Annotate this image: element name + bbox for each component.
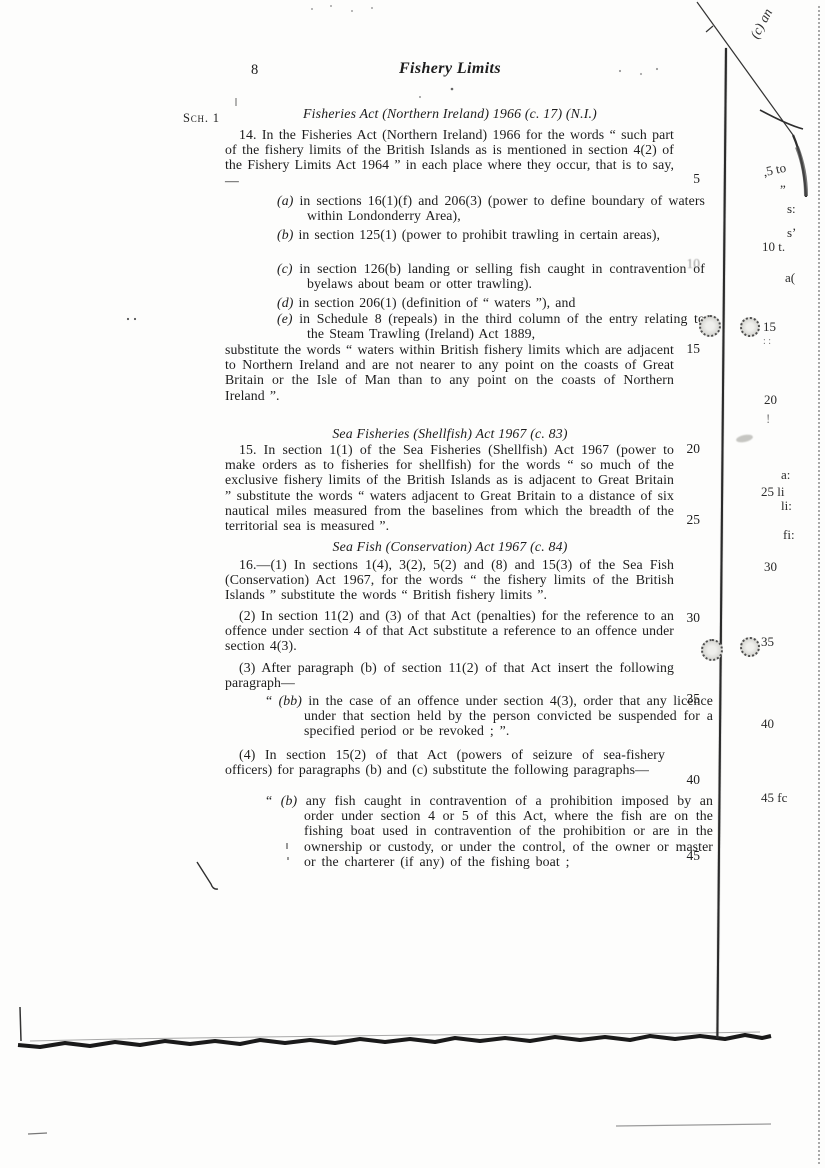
list-text: any fish caught in contravention of a pr… bbox=[304, 793, 713, 869]
section-heading-sea-fish-conservation: Sea Fish (Conservation) Act 1967 (c. 84) bbox=[225, 539, 675, 555]
list-item-e: (e) in Schedule 8 (repeals) in the third… bbox=[277, 311, 705, 341]
line-number-30: 30 bbox=[672, 610, 700, 626]
section-heading-sea-fisheries-shellfish: Sea Fisheries (Shellfish) Act 1967 (c. 8… bbox=[225, 426, 675, 442]
list-marker: (b) bbox=[281, 793, 297, 808]
paragraph-16-2: (2) In section 11(2) and (3) of that Act… bbox=[225, 608, 674, 654]
quoted-paragraph-bb: “ (bb) in the case of an offence under s… bbox=[266, 693, 713, 739]
list-text: in section 206(1) (definition of “ water… bbox=[298, 295, 575, 310]
paragraph-14-closing: substitute the words “ waters within Bri… bbox=[225, 342, 674, 403]
list-text: in sections 16(1)(f) and 206(3) (power t… bbox=[299, 193, 705, 223]
next-page-fragment: s: bbox=[787, 201, 796, 217]
next-page-rotated-note: (c) an bbox=[747, 6, 776, 42]
list-marker: (c) bbox=[277, 261, 293, 276]
ink-smudge bbox=[735, 433, 753, 443]
running-title: Fishery Limits bbox=[399, 60, 501, 77]
scanned-document-page: 8 Fishery Limits Sch. 1 Fisheries Act (N… bbox=[0, 0, 825, 1168]
line-number-45: 45 bbox=[672, 848, 700, 864]
paragraph-16-1: 16.—(1) In sections 1(4), 3(2), 5(2) and… bbox=[225, 557, 674, 603]
list-item-b: (b) in section 125(1) (power to prohibit… bbox=[277, 227, 705, 242]
next-page-line-number: 45 fc bbox=[761, 790, 787, 806]
page-edge-rule bbox=[716, 48, 727, 1038]
line-number-15: 15 bbox=[672, 341, 700, 357]
page-number: 8 bbox=[251, 62, 259, 79]
paragraph-15: 15. In section 1(1) of the Sea Fisheries… bbox=[225, 442, 674, 533]
list-item-a: (a) in sections 16(1)(f) and 206(3) (pow… bbox=[277, 193, 705, 223]
list-text: in Schedule 8 (repeals) in the third col… bbox=[299, 311, 705, 341]
list-text: in section 125(1) (power to prohibit tra… bbox=[298, 227, 660, 242]
next-page-fragment: s’ bbox=[787, 225, 796, 241]
line-number-5: 5 bbox=[672, 171, 700, 187]
list-marker: (e) bbox=[277, 311, 293, 326]
punch-hole-stamp bbox=[740, 637, 760, 657]
next-page-line-number: 15 bbox=[763, 319, 776, 335]
line-number-40: 40 bbox=[672, 772, 700, 788]
next-page-line-number: 35 bbox=[761, 634, 774, 650]
page-header: 8 Fishery Limits bbox=[225, 60, 675, 78]
next-page-fragment: ,5 to bbox=[762, 160, 788, 180]
list-text: in the case of an offence under section … bbox=[304, 693, 713, 738]
quote-mark: “ bbox=[266, 793, 272, 808]
paragraph-14: 14. In the Fisheries Act (Northern Irela… bbox=[225, 127, 674, 188]
list-marker: (a) bbox=[277, 193, 293, 208]
next-page-fragment: li: bbox=[781, 498, 792, 514]
next-page-fragment: a: bbox=[781, 467, 790, 483]
line-number-10: 10 bbox=[672, 256, 700, 272]
list-marker: (bb) bbox=[279, 693, 302, 708]
next-page-fragment: ! bbox=[766, 411, 770, 427]
next-page-fragment: ” bbox=[780, 182, 786, 198]
quoted-paragraph-b: “ (b) any fish caught in contravention o… bbox=[266, 793, 713, 869]
margin-note-schedule: Sch. 1 bbox=[183, 111, 220, 126]
list-item-d: (d) in section 206(1) (definition of “ w… bbox=[277, 295, 705, 310]
line-number-35: 35 bbox=[672, 691, 700, 707]
section-heading-fisheries-act-ni: Fisheries Act (Northern Ireland) 1966 (c… bbox=[225, 106, 675, 122]
list-text: in section 126(b) landing or selling fis… bbox=[299, 261, 705, 291]
paragraph-16-4: (4) In section 15(2) of that Act (powers… bbox=[225, 747, 665, 777]
punch-hole-stamp bbox=[699, 315, 721, 337]
paragraph-16-3: (3) After paragraph (b) of section 11(2)… bbox=[225, 660, 674, 690]
next-page-line-number: 30 bbox=[764, 559, 777, 575]
line-number-25: 25 bbox=[672, 512, 700, 528]
next-page-fragment: 10 t. bbox=[762, 239, 785, 255]
list-marker: (d) bbox=[277, 295, 293, 310]
list-marker: (b) bbox=[277, 227, 293, 242]
punch-hole-stamp bbox=[701, 639, 723, 661]
next-page-line-number: 20 bbox=[764, 392, 777, 408]
punch-hole-stamp bbox=[740, 317, 760, 337]
next-page-fragment: : : bbox=[763, 336, 771, 347]
quote-mark: “ bbox=[266, 693, 272, 708]
next-page-line-number: 40 bbox=[761, 716, 774, 732]
next-page-fragment: fi: bbox=[783, 527, 795, 543]
list-item-c: (c) in section 126(b) landing or selling… bbox=[277, 261, 705, 291]
scan-right-edge bbox=[818, 6, 820, 1164]
line-number-20: 20 bbox=[672, 441, 700, 457]
next-page-fragment: a( bbox=[785, 270, 795, 286]
